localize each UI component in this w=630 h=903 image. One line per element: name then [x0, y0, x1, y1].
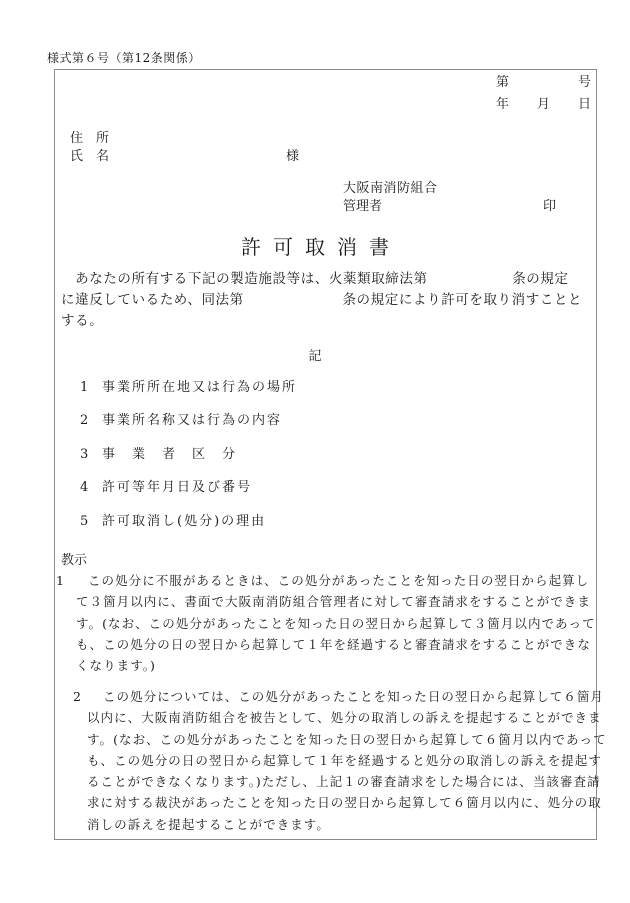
- instruction-text: この処分に不服があるときは、この処分があったことを知った日の翌日から起算し: [88, 573, 589, 588]
- honorific-sama: 様: [286, 145, 299, 164]
- instruction-text: も、この処分の日の翌日から起算して１年を経過すると処分の取消しの訴えを提起す: [73, 750, 583, 771]
- item-label: 事業所所在地又は行為の場所: [102, 380, 297, 395]
- item-label: 事業者区分: [102, 447, 252, 462]
- instruction-text: て３箇月以内に、書面で大阪南消防組合管理者に対して審査請求をすることができま: [56, 591, 586, 612]
- instruction-heading: 教示: [61, 549, 87, 568]
- instruction-item-lawsuit: 2この処分については、この処分があったことを知った日の翌日から起算して６箇月 以…: [73, 686, 583, 835]
- body-paragraph: あなたの所有する下記の製造施設等は、火薬類取締法第 条の規定 に違反しているため…: [61, 269, 581, 332]
- item-location: 1事業所所在地又は行為の場所: [80, 376, 297, 395]
- instruction-text: 求に対する裁決があったことを知った日の翌日から起算して６箇月以内に、処分の取: [73, 792, 583, 813]
- item-business-category: 3事業者区分: [80, 443, 252, 462]
- item-label: 許可取消し(処分)の理由: [102, 514, 266, 529]
- instruction-text: も、この処分の日の翌日から起算して１年を経過すると審査請求をすることができな: [56, 634, 586, 655]
- body-line: に違反しているため、同法第 条の規定により許可を取り消すことと: [61, 290, 581, 311]
- number-suffix: 号: [578, 71, 591, 90]
- name-label: 氏 名: [70, 145, 109, 164]
- form-number-label: 様式第６号（第12条関係）: [47, 49, 201, 66]
- issuer-organization: 大阪南消防組合: [343, 177, 438, 196]
- body-line: あなたの所有する下記の製造施設等は、火薬類取締法第 条の規定: [61, 269, 581, 290]
- number-prefix: 第: [496, 71, 509, 90]
- item-number: 2: [80, 413, 102, 428]
- instruction-text: この処分については、この処分があったことを知った日の翌日から起算して６箇月: [103, 689, 604, 704]
- instruction-text: す。(なお、この処分があったことを知った日の翌日から起算して６箇月以内であって: [73, 729, 583, 750]
- date-month: 月: [537, 93, 550, 112]
- item-business-name: 2事業所名称又は行為の内容: [80, 409, 282, 428]
- instruction-text: 以内に、大阪南消防組合を被告として、処分の取消しの訴えを提起することができま: [73, 707, 583, 728]
- item-number: 4: [80, 480, 102, 495]
- date-day: 日: [578, 93, 591, 112]
- date-year: 年: [496, 93, 509, 112]
- item-number: 1: [80, 380, 102, 395]
- instruction-text: す。(なお、この処分があったことを知った日の翌日から起算して３箇月以内であって: [56, 613, 586, 634]
- instruction-number: 1: [56, 570, 88, 591]
- seal-mark: 印: [543, 195, 556, 214]
- instruction-text: くなります。): [56, 655, 586, 676]
- item-revocation-reason: 5許可取消し(処分)の理由: [80, 510, 266, 529]
- instruction-number: 2: [73, 686, 103, 707]
- instruction-item-appeal: 1この処分に不服があるときは、この処分があったことを知った日の翌日から起算し て…: [56, 570, 586, 676]
- address-label: 住 所: [70, 127, 109, 146]
- item-permit-date-number: 4許可等年月日及び番号: [80, 476, 252, 495]
- ki-heading: 記: [0, 345, 630, 364]
- item-number: 5: [80, 514, 102, 529]
- document-title: 許可取消書: [0, 231, 630, 260]
- issuer-title: 管理者: [343, 195, 382, 214]
- instruction-text: 消しの訴えを提起することができます。: [73, 814, 583, 835]
- item-label: 事業所名称又は行為の内容: [102, 413, 282, 428]
- instruction-text: ることができなくなります。)ただし、上記１の審査請求をした場合には、当該審査請: [73, 771, 583, 792]
- body-line: する。: [61, 311, 581, 332]
- item-label: 許可等年月日及び番号: [102, 480, 252, 495]
- item-number: 3: [80, 447, 102, 462]
